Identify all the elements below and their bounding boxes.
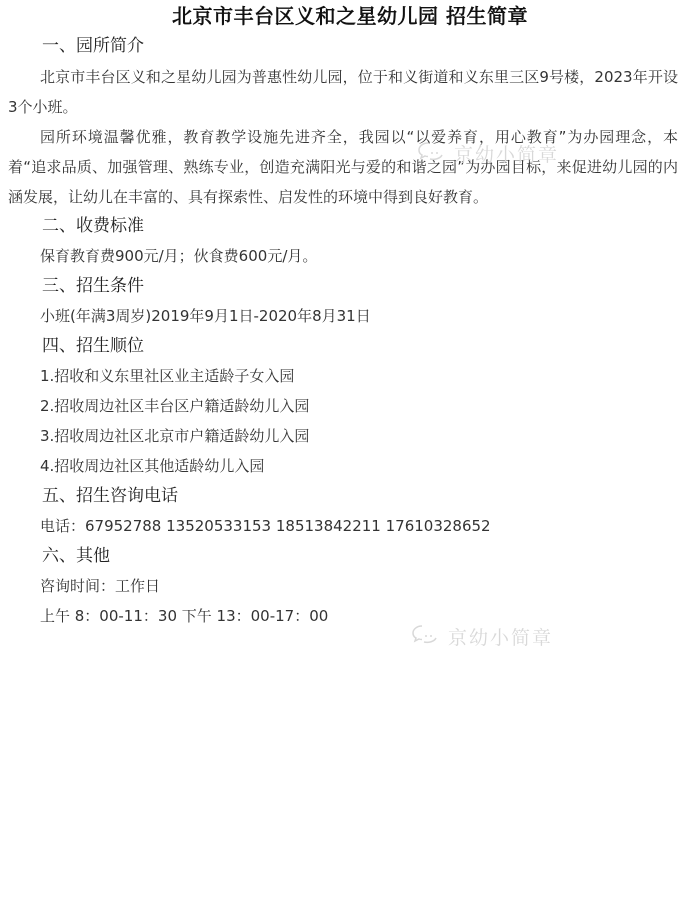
consult-hours: 上午 8：00-11：30 下午 13：00-17：00 xyxy=(40,605,328,627)
wechat-icon xyxy=(418,141,444,166)
wechat-icon xyxy=(412,624,438,649)
contact-phones: 电话：67952788 13520533153 18513842211 1761… xyxy=(40,515,491,537)
consult-days: 咨询时间：工作日 xyxy=(40,575,160,597)
conditions-line: 小班(年满3周岁)2019年9月1日-2020年8月31日 xyxy=(40,305,371,327)
priority-item-4: 4.招收周边社区其他适龄幼儿入园 xyxy=(40,455,264,477)
section-heading-other: 六、其他 xyxy=(42,544,110,568)
priority-item-1: 1.招收和义东里社区业主适龄子女入园 xyxy=(40,365,294,387)
document-title: 北京市丰台区义和之星幼儿园 招生简章 xyxy=(0,2,700,30)
section-heading-contact: 五、招生咨询电话 xyxy=(42,484,178,508)
fees-line: 保育教育费900元/月；伙食费600元/月。 xyxy=(40,245,317,267)
intro-paragraph-1: 北京市丰台区义和之星幼儿园为普惠性幼儿园，位于和义街道和义东里三区9号楼，202… xyxy=(8,62,678,122)
priority-item-3: 3.招收周边社区北京市户籍适龄幼儿入园 xyxy=(40,425,309,447)
section-heading-priority: 四、招生顺位 xyxy=(42,334,144,358)
intro-paragraph-2: 园所环境温馨优雅，教育教学设施先进齐全，我园以“以爱养育，用心教育”为办园理念，… xyxy=(8,122,678,212)
section-heading-intro: 一、园所简介 xyxy=(42,34,144,58)
section-heading-conditions: 三、招生条件 xyxy=(42,274,144,298)
section-heading-fees: 二、收费标准 xyxy=(42,214,144,238)
watermark: 京幼小简章 xyxy=(412,623,553,650)
watermark-text: 京幼小简章 xyxy=(454,144,559,166)
watermark-text: 京幼小简章 xyxy=(448,627,553,649)
priority-item-2: 2.招收周边社区丰台区户籍适龄幼儿入园 xyxy=(40,395,309,417)
watermark: 京幼小简章 xyxy=(418,140,559,167)
